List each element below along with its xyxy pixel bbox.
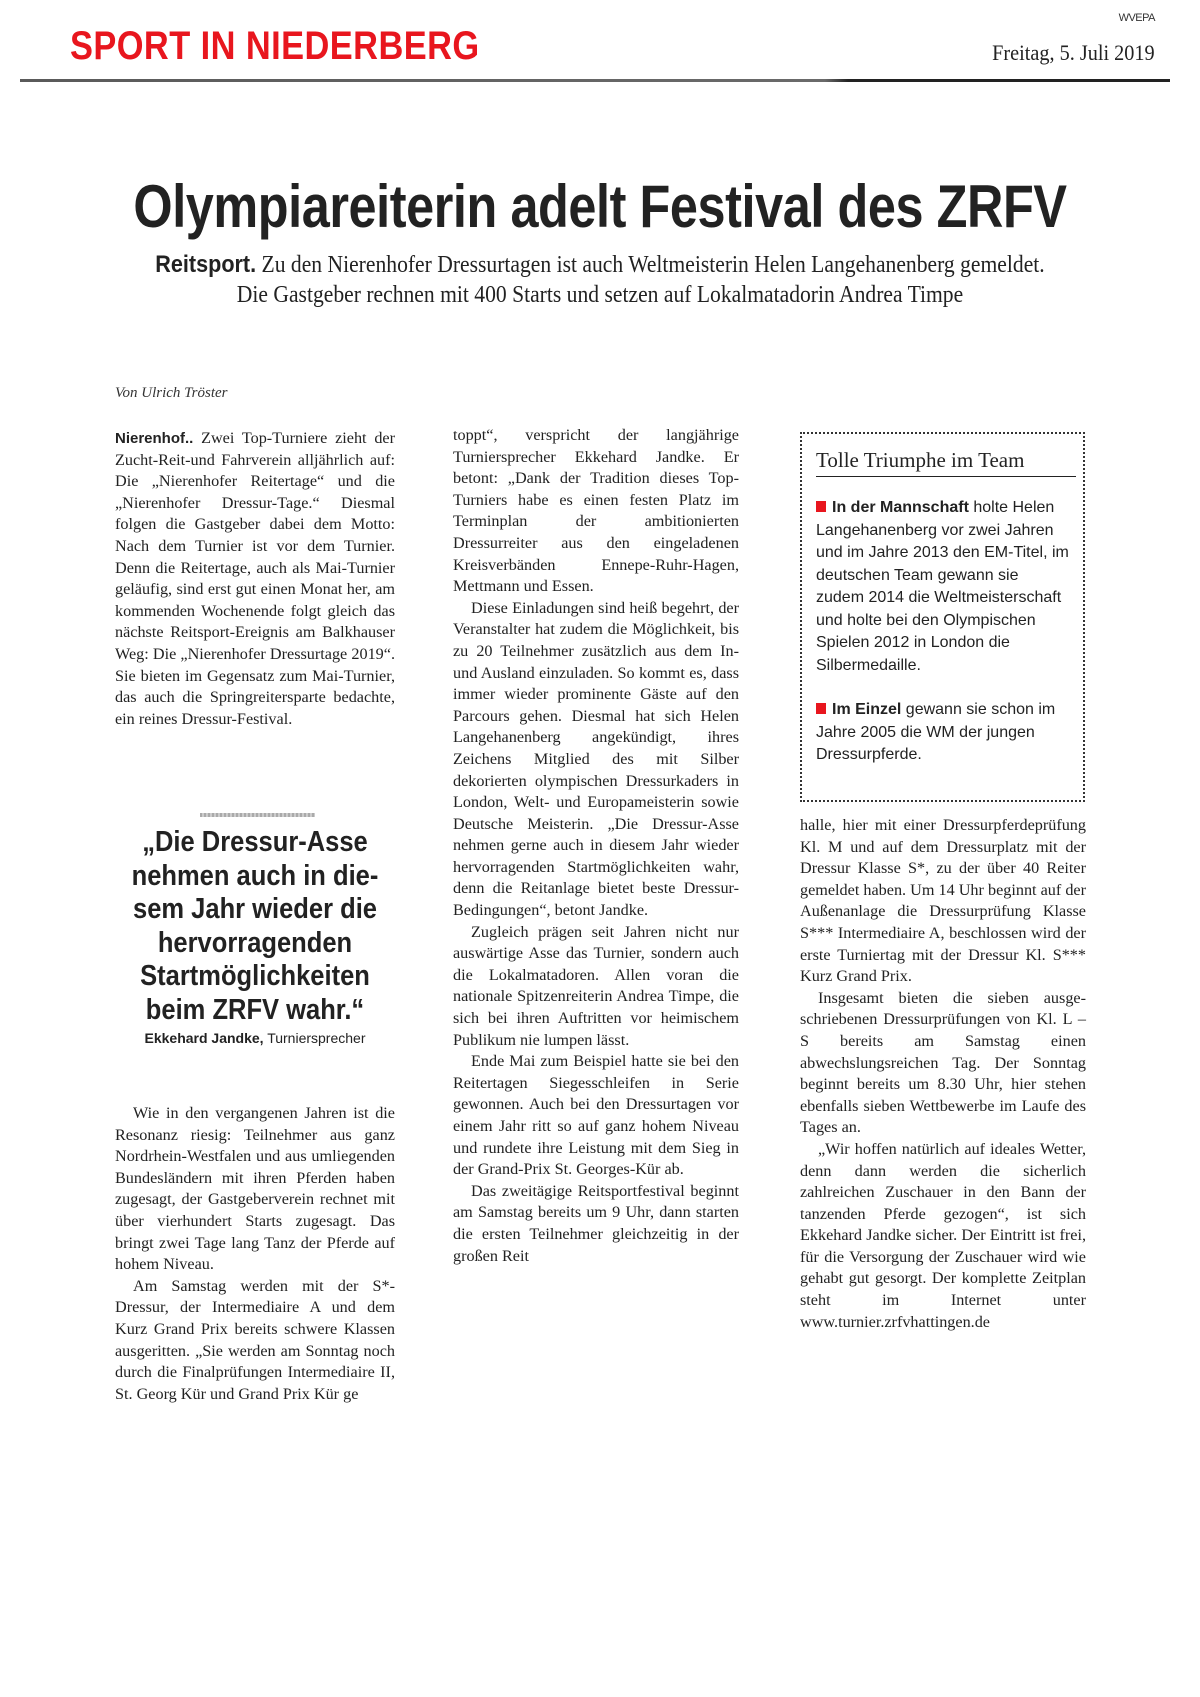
infobox-title: Tolle Triumphe im Team	[816, 448, 1076, 477]
paragraph-text: Zwei Top-Turniere zieht der Zucht-Reit-u…	[115, 429, 395, 728]
infobox-item-text: holte He­len Langehanenberg vor zwei Jah…	[816, 499, 1069, 674]
column-3: halle, hier mit einer Dressurpferde­prüf…	[800, 815, 1086, 1333]
subhead-kicker: Reitsport.	[155, 251, 256, 278]
section-masthead: SPORT IN NIEDERBERG	[70, 24, 480, 69]
pullquote-rule	[200, 813, 315, 817]
subhead-line-1: Reitsport. Zu den Nierenhofer Dressurtag…	[78, 250, 1122, 280]
paragraph: Wie in den vergangenen Jahren ist die Re…	[115, 1103, 395, 1276]
pullquote-speaker: Ekkehard Jandke,	[145, 1030, 264, 1046]
pullquote-role: Turniersprecher	[264, 1030, 366, 1046]
header-rule	[20, 79, 1170, 82]
source-tag: WVEPA	[1119, 12, 1155, 24]
pullquote: „Die Dressur-Asse nehmen auch in die­sem…	[127, 826, 382, 1027]
paragraph: toppt“, verspricht der langjährige Turni…	[453, 425, 739, 598]
column-1-top: Nierenhof.. Zwei Top-Turniere zieht der …	[115, 428, 395, 730]
byline: Von Ulrich Tröster	[115, 385, 228, 402]
infobox-item: Im Einzel gewann sie schon im Jahre 2005…	[816, 699, 1069, 767]
infobox-item: In der Mannschaft holte He­len Langehane…	[816, 497, 1069, 677]
red-square-bullet-icon	[816, 501, 826, 512]
infobox-item-lead: Im Einzel	[832, 701, 901, 718]
paragraph: Diese Einladungen sind heiß be­gehrt, de…	[453, 598, 739, 922]
publication-date: Freitag, 5. Juli 2019	[993, 40, 1155, 66]
column-2: toppt“, verspricht der langjährige Turni…	[453, 425, 739, 1267]
paragraph: Am Samstag werden mit der S*-Dressur, de…	[115, 1276, 395, 1406]
paragraph: Das zweitägige Reitsportfestival beginnt…	[453, 1181, 739, 1267]
paragraph: Nierenhof.. Zwei Top-Turniere zieht der …	[115, 428, 395, 730]
paragraph: Zugleich prägen seit Jahren nicht nur au…	[453, 922, 739, 1052]
column-1-bottom: Wie in den vergangenen Jahren ist die Re…	[115, 1103, 395, 1405]
infobox: Tolle Triumphe im Team In der Mannschaft…	[800, 432, 1085, 802]
subhead-line-2: Die Gastgeber rechnen mit 400 Starts und…	[78, 280, 1122, 310]
article-headline: Olympiareiterin adelt Festival des ZRFV	[113, 172, 1087, 241]
infobox-item-lead: In der Mannschaft	[832, 499, 969, 516]
subhead-text-1: Zu den Nierenhofer Dressurtagen ist auch…	[256, 252, 1045, 278]
paragraph: Ende Mai zum Beispiel hatte sie bei den …	[453, 1051, 739, 1181]
red-square-bullet-icon	[816, 703, 826, 714]
paragraph: halle, hier mit einer Dressurpferde­prüf…	[800, 815, 1086, 988]
paragraph: „Wir hoffen natürlich auf ideales Wetter…	[800, 1139, 1086, 1333]
paragraph: Insgesamt bieten die sieben ausge­schrie…	[800, 988, 1086, 1139]
dateline: Nierenhof..	[115, 430, 193, 447]
article-subhead: Reitsport. Zu den Nierenhofer Dressurtag…	[78, 250, 1122, 310]
pullquote-attribution: Ekkehard Jandke, Turniersprecher	[110, 1030, 400, 1046]
